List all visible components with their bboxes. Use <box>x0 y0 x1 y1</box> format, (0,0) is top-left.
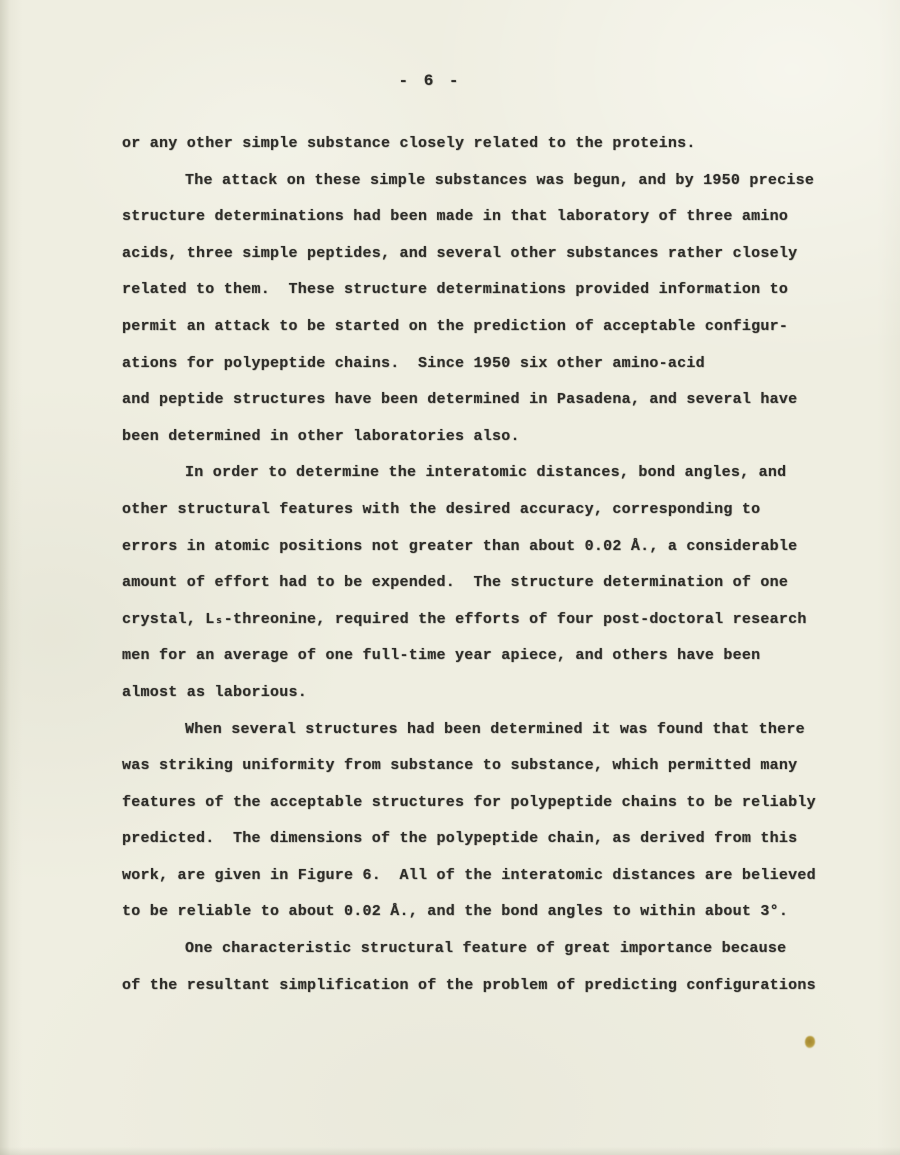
text-line: One characteristic structural feature of… <box>122 931 832 968</box>
text-line: errors in atomic positions not greater t… <box>122 529 832 566</box>
text-line: was striking uniformity from substance t… <box>122 748 832 785</box>
text-line: structure determinations had been made i… <box>122 199 832 236</box>
text-line: acids, three simple peptides, and severa… <box>122 236 832 273</box>
text-line: permit an attack to be started on the pr… <box>122 309 832 346</box>
text-line: related to them. These structure determi… <box>122 272 832 309</box>
paper-edge-shadow-left <box>0 0 10 1155</box>
text-line: crystal, Lₛ-threonine, required the effo… <box>122 602 832 639</box>
text-line: ations for polypeptide chains. Since 195… <box>122 346 832 383</box>
text-line: When several structures had been determi… <box>122 712 832 749</box>
paper-edge-shadow-bottom <box>0 1147 900 1155</box>
scanned-typewritten-page: - 6 - or any other simple substance clos… <box>0 0 900 1155</box>
text-line: The attack on these simple substances wa… <box>122 163 832 200</box>
typed-text: or any other simple substance closely re… <box>122 126 832 1004</box>
text-line: almost as laborious. <box>122 675 832 712</box>
text-line: predicted. The dimensions of the polypep… <box>122 821 832 858</box>
text-line: features of the acceptable structures fo… <box>122 785 832 822</box>
text-line: amount of effort had to be expended. The… <box>122 565 832 602</box>
text-line: work, are given in Figure 6. All of the … <box>122 858 832 895</box>
ink-stain <box>805 1036 815 1048</box>
text-line: of the resultant simplification of the p… <box>122 968 832 1005</box>
page-number: - 6 - <box>0 72 860 90</box>
text-line: other structural features with the desir… <box>122 492 832 529</box>
text-line: In order to determine the interatomic di… <box>122 455 832 492</box>
text-line: been determined in other laboratories al… <box>122 419 832 456</box>
text-line: to be reliable to about 0.02 Å., and the… <box>122 894 832 931</box>
text-line: men for an average of one full-time year… <box>122 638 832 675</box>
text-line: or any other simple substance closely re… <box>122 126 832 163</box>
text-line: and peptide structures have been determi… <box>122 382 832 419</box>
